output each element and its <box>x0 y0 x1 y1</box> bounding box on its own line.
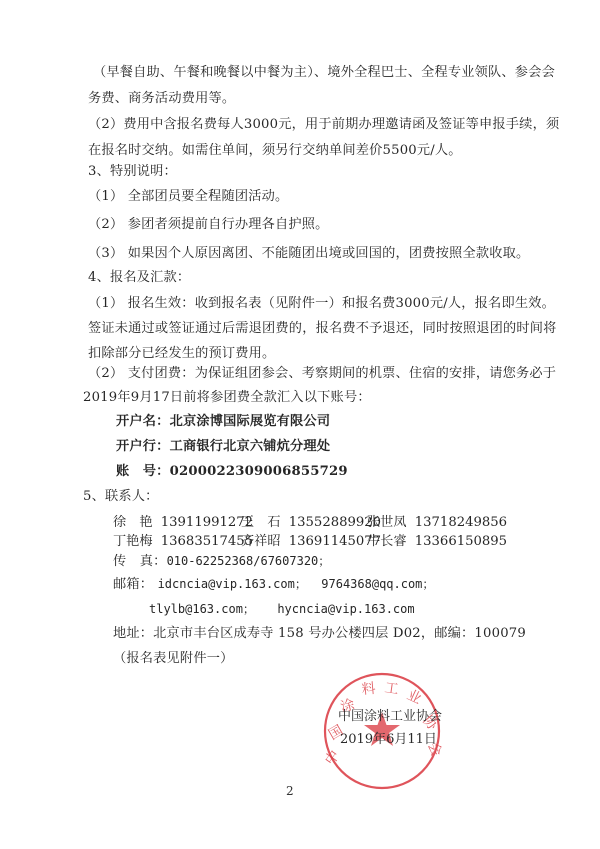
contact-entry: 牛长睿 13366150895 <box>367 534 507 550</box>
svg-text:料: 料 <box>361 681 376 698</box>
document-page: （早餐自助、午餐和晚餐以中餐为主）、境外全程巴士、全程专业领队、参会会 务费、商… <box>0 0 600 849</box>
email-row-1: 邮箱： idcncia@vip.163.com； 9764368@qq.com； <box>113 576 434 593</box>
contact-phone: 13683517455 <box>161 534 253 549</box>
email-link[interactable]: tlylb@163.com； <box>149 602 255 616</box>
contact-entry: 徐 艳 13911991272 <box>113 515 253 531</box>
paragraph-line: 签证未通过或签证通过后需退团费的，报名费不予退还，同时按照退团的时间将 <box>88 321 557 337</box>
email-link[interactable]: 9764368@qq.com； <box>321 577 434 591</box>
contact-phone: 13366150895 <box>415 534 507 549</box>
account-name-value: 北京涂博国际展览有限公司 <box>170 414 331 429</box>
paragraph-line: （早餐自助、午餐和晚餐以中餐为主）、境外全程巴士、全程专业领队、参会会 <box>93 65 555 81</box>
list-item: （1） 全部团员要全程随团活动。 <box>88 189 288 205</box>
contact-entry: 齐祥昭 13691145077 <box>241 534 381 550</box>
fax-row: 传 真：010-62252368/67607320； <box>113 553 330 570</box>
fax-value: 010-62252368/67607320； <box>167 554 331 568</box>
paragraph-line: 2019年9月17日前将参团费全款汇入以下账号： <box>83 390 371 406</box>
fax-label: 传 真： <box>113 554 167 569</box>
paragraph-line: 扣除部分已经发生的预订费用。 <box>88 346 275 362</box>
section-heading: 4、报名及汇款： <box>88 270 190 286</box>
paragraph-line: （1） 报名生效：收到报名表（见附件一）和报名费3000元/人，报名即生效。 <box>88 296 555 312</box>
account-number-label: 账 号： <box>116 464 170 479</box>
paragraph-line: （2） 支付团费：为保证组团参会、考察期间的机票、住宿的安排，请您务必于 <box>88 366 556 382</box>
account-bank-row: 开户行：工商银行北京六铺炕分理处 <box>116 439 330 455</box>
contact-name: 王 石 <box>241 515 281 530</box>
contact-name: 徐 艳 <box>113 515 153 530</box>
account-name-label: 开户名： <box>116 414 170 429</box>
account-number-row: 账 号：0200022309006855729 <box>116 464 348 480</box>
signature-date: 2019年6月11日 <box>340 728 437 747</box>
page-number: 2 <box>286 784 294 798</box>
contact-phone: 13911991272 <box>161 515 253 530</box>
attachment-note: （报名表见附件一） <box>113 651 234 667</box>
svg-text:中: 中 <box>321 747 343 768</box>
contact-entry: 王 石 13552889920 <box>241 515 381 531</box>
paragraph-line: （2）费用中含报名费每人3000元，用于前期办理邀请函及签证等申报手续，须 <box>88 117 559 133</box>
list-item: （2） 参团者须提前自行办理各自护照。 <box>88 217 329 233</box>
email-link[interactable]: idcncia@vip.163.com； <box>158 577 307 591</box>
svg-text:工: 工 <box>383 680 399 698</box>
account-name-row: 开户名：北京涂博国际展览有限公司 <box>116 414 330 430</box>
address-line: 地址：北京市丰台区成寿寺 158 号办公楼四层 D02，邮编：100079 <box>113 626 526 642</box>
account-number-value: 0200022309006855729 <box>170 464 348 479</box>
account-bank-label: 开户行： <box>116 439 170 454</box>
signature-organization: 中国涂料工业协会 <box>338 705 442 724</box>
email-link[interactable]: hycncia@vip.163.com <box>277 602 414 616</box>
paragraph-line: 在报名时交纳。如需住单间，须另行交纳单间差价5500元/人。 <box>88 143 462 159</box>
contact-entry: 丁艳梅 13683517455 <box>113 534 253 550</box>
email-row-2: tlylb@163.com； hycncia@vip.163.com <box>149 601 415 618</box>
contact-phone: 13718249856 <box>415 515 507 530</box>
section-heading: 5、联系人： <box>83 489 159 505</box>
contact-name: 牛长睿 <box>367 534 407 549</box>
contact-name: 丁艳梅 <box>113 534 153 549</box>
account-bank-value: 工商银行北京六铺炕分理处 <box>170 439 331 454</box>
paragraph-line: 务费、商务活动费用等。 <box>88 91 235 107</box>
email-label: 邮箱： <box>113 577 153 592</box>
section-heading: 3、特别说明： <box>88 164 177 180</box>
contact-name: 张世凤 <box>367 515 407 530</box>
contact-entry: 张世凤 13718249856 <box>367 515 507 531</box>
contact-name: 齐祥昭 <box>241 534 281 549</box>
official-stamp: 中 国 涂 料 工 业 协 会 中国涂料工业协会 2019年6月11日 <box>318 670 446 792</box>
list-item: （3） 如果因个人原因离团、不能随团出境或回国的，团费按照全款收取。 <box>88 246 529 262</box>
